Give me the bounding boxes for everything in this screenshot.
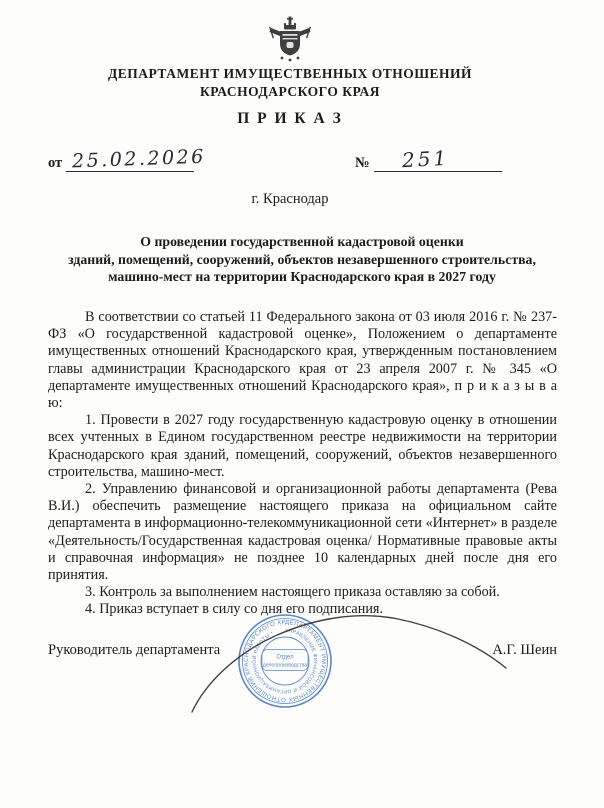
krasnodar-krai-emblem-icon (266, 16, 314, 66)
title-line2: зданий, помещений, сооружений, объектов … (0, 251, 604, 269)
paragraph-item-2: 2. Управлению финансовой и организационн… (48, 481, 557, 584)
title-line3: машино-мест на территории Краснодарского… (0, 268, 604, 286)
signature-stroke (180, 598, 520, 728)
number-label: № (355, 155, 370, 171)
document-body: В соответствии со статьей 11 Федеральног… (48, 309, 557, 619)
document-title: О проведении государственной кадастровой… (0, 233, 604, 286)
number-group: №251 (355, 149, 502, 172)
signature-path (192, 616, 506, 712)
number-handwritten-value: 251 (401, 146, 449, 172)
city-line: г. Краснодар (0, 191, 580, 208)
document-type-heading: П Р И К А З (0, 110, 580, 128)
date-label: от (48, 155, 62, 171)
document-page: ДЕПАРТАМЕНТ ИМУЩЕСТВЕННЫХ ОТНОШЕНИЙ КРАС… (0, 0, 604, 808)
date-underline: 25.02.2026 (66, 149, 194, 172)
title-line1: О проведении государственной кадастровой… (0, 233, 604, 251)
paragraph-preamble: В соответствии со статьей 11 Федеральног… (48, 309, 557, 412)
meta-row: от25.02.2026 №251 (48, 149, 557, 175)
paragraph-item-1: 1. Провести в 2027 году государственную … (48, 412, 557, 481)
org-name-line2: КРАСНОДАРСКОГО КРАЯ (0, 84, 580, 100)
date-group: от25.02.2026 (48, 149, 194, 172)
date-handwritten-value: 25.02.2026 (72, 146, 206, 173)
number-underline: 251 (374, 149, 502, 172)
org-name-line1: ДЕПАРТАМЕНТ ИМУЩЕСТВЕННЫХ ОТНОШЕНИЙ (0, 66, 580, 82)
